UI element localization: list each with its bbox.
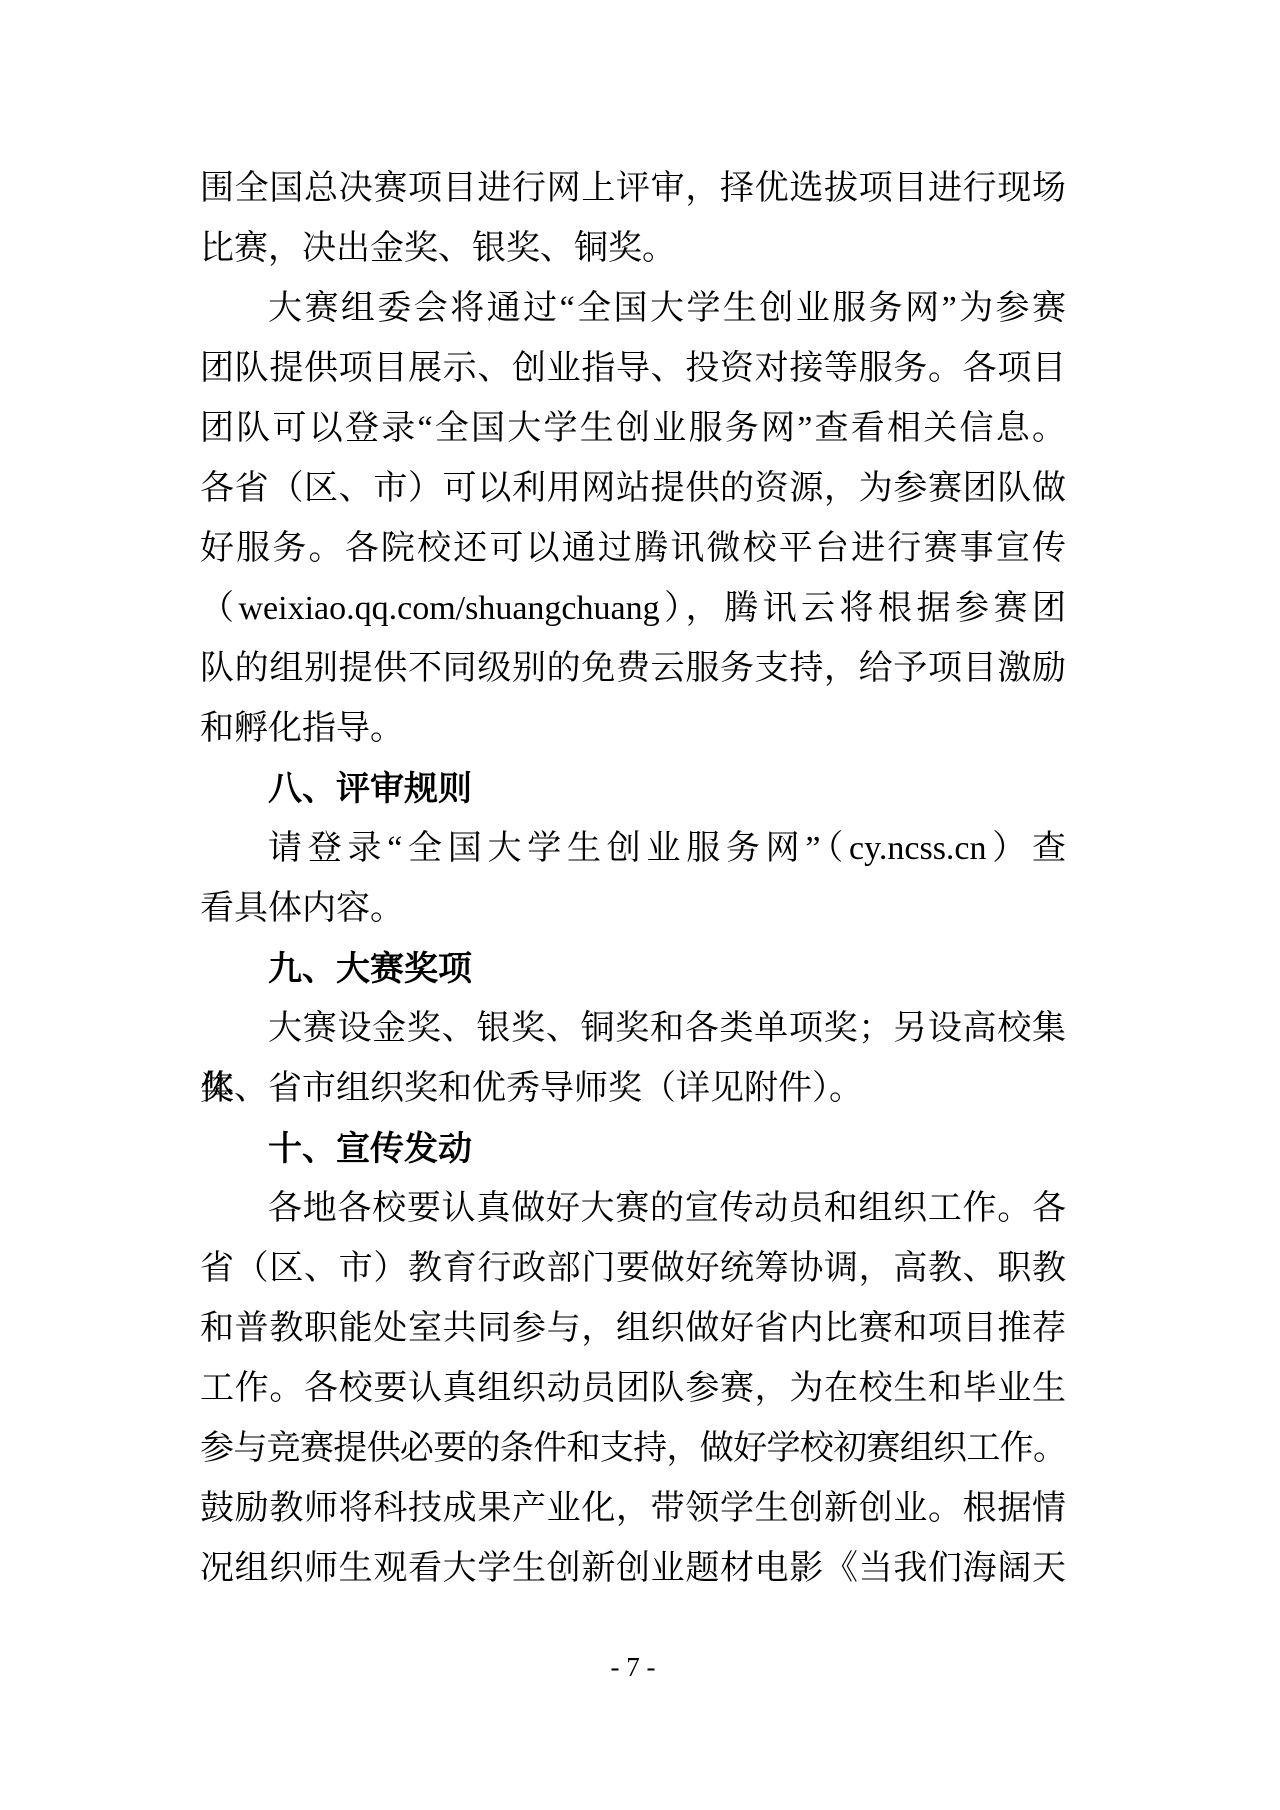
text-line: 比赛，决出金奖、银奖、铜奖。 (200, 219, 1066, 279)
text-line: 工作。各校要认真组织动员团队参赛，为在校生和毕业生 (200, 1359, 1066, 1419)
text-line: 好服务。各院校还可以通过腾讯微校平台进行赛事宣传 (200, 519, 1066, 579)
text-line: 大赛设金奖、银奖、铜奖和各类单项奖；另设高校集体 (200, 999, 1066, 1059)
text-line: 和普教职能处室共同参与，组织做好省内比赛和项目推荐 (200, 1299, 1066, 1359)
text-line: 团队提供项目展示、创业指导、投资对接等服务。各项目 (200, 339, 1066, 399)
text-line: 看具体内容。 (200, 879, 1066, 939)
text-line: 团队可以登录“全国大学生创业服务网”查看相关信息。 (200, 399, 1066, 459)
text-line: 省（区、市）教育行政部门要做好统筹协调，高教、职教 (200, 1239, 1066, 1299)
page-number: - 7 - (200, 1645, 1066, 1689)
text-line: 奖、省市组织奖和优秀导师奖（详见附件）。 (200, 1059, 1066, 1119)
section-heading: 九、大赛奖项 (200, 939, 1066, 999)
section-heading: 八、评审规则 (200, 759, 1066, 819)
text-line: 和孵化指导。 (200, 699, 1066, 759)
text-line: 大赛组委会将通过“全国大学生创业服务网”为参赛 (200, 279, 1066, 339)
text-line: 参与竞赛提供必要的条件和支持，做好学校初赛组织工作。 (200, 1419, 1066, 1479)
text-line: （weixiao.qq.com/shuangchuang），腾讯云将根据参赛团 (200, 579, 1066, 639)
text-line: 围全国总决赛项目进行网上评审，择优选拔项目进行现场 (200, 159, 1066, 219)
text-line: 各省（区、市）可以利用网站提供的资源，为参赛团队做 (200, 459, 1066, 519)
text-line: 各地各校要认真做好大赛的宣传动员和组织工作。各 (200, 1179, 1066, 1239)
text-line: 队的组别提供不同级别的免费云服务支持，给予项目激励 (200, 639, 1066, 699)
text-line: 鼓励教师将科技成果产业化，带领学生创新创业。根据情 (200, 1479, 1066, 1539)
section-heading: 十、宣传发动 (200, 1119, 1066, 1179)
text-line: 请登录“全国大学生创业服务网”（cy.ncss.cn）查 (200, 819, 1066, 879)
document-page: 围全国总决赛项目进行网上评审，择优选拔项目进行现场比赛，决出金奖、银奖、铜奖。大… (0, 0, 1280, 1810)
document-lines: 围全国总决赛项目进行网上评审，择优选拔项目进行现场比赛，决出金奖、银奖、铜奖。大… (200, 159, 1066, 1599)
text-line: 况组织师生观看大学生创新创业题材电影《当我们海阔天 (200, 1539, 1066, 1599)
